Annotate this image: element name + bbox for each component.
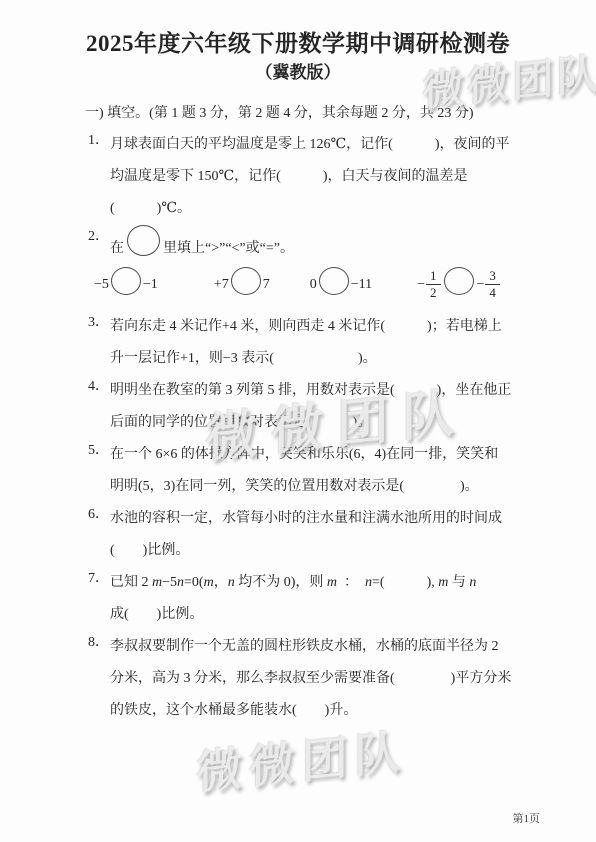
questions-list: 1．月球表面白天的平均温度是零上 126℃，记作( )，夜间的平均温度是零下 1… bbox=[0, 129, 596, 727]
text-run: −5 bbox=[162, 575, 177, 590]
text-run: 若向东走 4 米记作+4 米，则向西走 4 米记作( )；若电梯上 bbox=[110, 319, 502, 334]
question-line: 升一层记作+1，则−3 表示( )。 bbox=[110, 343, 540, 375]
text-run: m bbox=[438, 575, 448, 590]
question-number: 6． bbox=[88, 503, 110, 567]
question-line: 月球表面白天的平均温度是零上 126℃，记作( )，夜间的平 bbox=[110, 129, 540, 161]
comparison-circle bbox=[127, 225, 160, 256]
text-run: 升一层记作+1，则−3 表示( )。 bbox=[110, 351, 377, 366]
question-number: 3． bbox=[88, 311, 110, 375]
text-run: 李叔叔要制作一个无盖的圆柱形铁皮水桶，水桶的底面半径为 2 bbox=[110, 639, 499, 654]
question-3: 3．若向东走 4 米记作+4 米，则向西走 4 米记作( )；若电梯上升一层记作… bbox=[0, 311, 596, 375]
text-run: m bbox=[152, 575, 162, 590]
question-line: 在一个 6×6 的体操方阵中，笑笑和乐乐(6，4)在同一排，笑笑和 bbox=[110, 439, 540, 471]
fraction-stack: 12 bbox=[426, 269, 441, 301]
fraction-denominator: 2 bbox=[426, 285, 441, 300]
text-run: ， bbox=[214, 575, 228, 590]
text-run: +7 bbox=[214, 277, 229, 292]
question-1: 1．月球表面白天的平均温度是零上 126℃，记作( )，夜间的平均温度是零下 1… bbox=[0, 129, 596, 225]
question-line: 明明坐在教室的第 3 列第 5 排，用数对表示是( )，坐在他正 bbox=[110, 375, 540, 407]
question-number: 8． bbox=[88, 631, 110, 727]
question-number: 7． bbox=[88, 567, 110, 631]
page-number: 第1页 bbox=[513, 810, 541, 826]
fraction-denominator: 4 bbox=[485, 285, 500, 300]
text-run: 明明(5，3)在同一列，笑笑的位置用数对表示是( )。 bbox=[110, 479, 479, 494]
fraction-sign: − bbox=[417, 265, 425, 305]
question-number: 4． bbox=[88, 375, 110, 439]
fraction: −34 bbox=[477, 265, 500, 305]
question-body: 已知 2 m−5n=0(m，n 均不为 0)，则 m ： n=( ), m 与 … bbox=[110, 567, 540, 631]
text-run: m bbox=[327, 575, 337, 590]
text-run: 均温度是零下 150℃，记作( )，白天与夜间的温差是 bbox=[110, 169, 467, 184]
watermark-bottom: 微微团队 bbox=[197, 715, 408, 804]
question-body: 若向东走 4 米记作+4 米，则向西走 4 米记作( )；若电梯上升一层记作+1… bbox=[110, 311, 540, 375]
question-line: 水池的容积一定，水管每小时的注水量和注满水池所用的时间成 bbox=[110, 503, 540, 535]
text-run: n bbox=[469, 575, 476, 590]
question-5: 5．在一个 6×6 的体操方阵中，笑笑和乐乐(6，4)在同一排，笑笑和明明(5，… bbox=[0, 439, 596, 503]
text-run: 0 bbox=[310, 277, 317, 292]
question-line: 若向东走 4 米记作+4 米，则向西走 4 米记作( )；若电梯上 bbox=[110, 311, 540, 343]
text-run: 与 bbox=[448, 575, 469, 590]
question-line: 成( )比例。 bbox=[110, 599, 540, 631]
question-line: 在里填上“>”“<”或“=”。 bbox=[110, 225, 540, 265]
question-body: 在里填上“>”“<”或“=”。−5−1+770−11−12−34 bbox=[110, 225, 540, 311]
question-line: ( )℃。 bbox=[110, 193, 540, 225]
comparison-circle bbox=[319, 267, 349, 295]
comparison-circle bbox=[111, 267, 141, 295]
text-run: 在一个 6×6 的体操方阵中，笑笑和乐乐(6，4)在同一排，笑笑和 bbox=[110, 447, 498, 462]
text-run: 明明坐在教室的第 3 列第 5 排，用数对表示是( )，坐在他正 bbox=[110, 383, 511, 398]
text-run: −11 bbox=[351, 277, 372, 292]
question-body: 月球表面白天的平均温度是零上 126℃，记作( )，夜间的平均温度是零下 150… bbox=[110, 129, 540, 225]
text-run: =0( bbox=[184, 575, 204, 590]
question-body: 明明坐在教室的第 3 列第 5 排，用数对表示是( )，坐在他正后面的同学的位置… bbox=[110, 375, 540, 439]
question-line: 已知 2 m−5n=0(m，n 均不为 0)，则 m ： n=( ), m 与 … bbox=[110, 567, 540, 599]
fraction-stack: 34 bbox=[485, 269, 500, 301]
text-run: 月球表面白天的平均温度是零上 126℃，记作( )，夜间的平 bbox=[110, 137, 509, 152]
text-run: n bbox=[365, 575, 372, 590]
question-body: 在一个 6×6 的体操方阵中，笑笑和乐乐(6，4)在同一排，笑笑和明明(5，3)… bbox=[110, 439, 540, 503]
text-run: 的铁皮，这个水桶最多能装水( )升。 bbox=[110, 703, 357, 718]
question-line: 后面的同学的位置用数对表示是( )。 bbox=[110, 407, 540, 439]
comparison-circle bbox=[444, 267, 474, 295]
page-title: 2025年度六年级下册数学期中调研检测卷 bbox=[10, 30, 586, 58]
text-run: 均不为 0)，则 bbox=[235, 575, 327, 590]
comparison-circle bbox=[231, 267, 261, 295]
fraction-sign: − bbox=[477, 265, 485, 305]
text-run: m bbox=[204, 575, 214, 590]
question-line: −5−1+770−11−12−34 bbox=[94, 265, 540, 311]
text-run: −5 bbox=[94, 277, 109, 292]
question-line: 李叔叔要制作一个无盖的圆柱形铁皮水桶，水桶的底面半径为 2 bbox=[110, 631, 540, 663]
question-line: 分米，高为 3 分米，那么李叔叔至少需要准备( )平方分米 bbox=[110, 663, 540, 695]
question-line: 均温度是零下 150℃，记作( )，白天与夜间的温差是 bbox=[110, 161, 540, 193]
question-8: 8．李叔叔要制作一个无盖的圆柱形铁皮水桶，水桶的底面半径为 2分米，高为 3 分… bbox=[0, 631, 596, 727]
text-run: 分米，高为 3 分米，那么李叔叔至少需要准备( )平方分米 bbox=[110, 671, 511, 686]
text-run: =( ), bbox=[372, 575, 438, 590]
fraction: −12 bbox=[417, 265, 440, 305]
text-run: 后面的同学的位置用数对表示是( )。 bbox=[110, 415, 371, 430]
text-run: −1 bbox=[143, 277, 158, 292]
text-run: 里填上“>”“<”或“=”。 bbox=[163, 241, 294, 256]
fraction-numerator: 3 bbox=[485, 269, 500, 285]
page-subtitle: （冀教版） bbox=[0, 63, 596, 83]
text-run: ( )比例。 bbox=[110, 543, 189, 558]
text-run: 已知 2 bbox=[110, 575, 152, 590]
question-body: 水池的容积一定，水管每小时的注水量和注满水池所用的时间成( )比例。 bbox=[110, 503, 540, 567]
text-run: ： bbox=[337, 575, 365, 590]
question-2: 2．在里填上“>”“<”或“=”。−5−1+770−11−12−34 bbox=[0, 225, 596, 311]
question-line: 明明(5，3)在同一列，笑笑的位置用数对表示是( )。 bbox=[110, 471, 540, 503]
question-number: 5． bbox=[88, 439, 110, 503]
text-run: 水池的容积一定，水管每小时的注水量和注满水池所用的时间成 bbox=[110, 511, 502, 526]
text-run: 在 bbox=[110, 241, 124, 256]
text-run: n bbox=[177, 575, 184, 590]
text-run: ( )℃。 bbox=[110, 201, 191, 216]
text-run: 成( )比例。 bbox=[110, 607, 203, 622]
section-heading: 一) 填空。(第 1 题 3 分，第 2 题 4 分，其余每题 2 分，共 23… bbox=[85, 105, 556, 123]
question-7: 7．已知 2 m−5n=0(m，n 均不为 0)，则 m ： n=( ), m … bbox=[0, 567, 596, 631]
exam-page: 微微团队 微微团队 微微团队 2025年度六年级下册数学期中调研检测卷 （冀教版… bbox=[0, 0, 596, 842]
question-body: 李叔叔要制作一个无盖的圆柱形铁皮水桶，水桶的底面半径为 2分米，高为 3 分米，… bbox=[110, 631, 540, 727]
text-run: n bbox=[228, 575, 235, 590]
text-run: 7 bbox=[263, 277, 270, 292]
question-number: 1． bbox=[88, 129, 110, 225]
question-line: ( )比例。 bbox=[110, 535, 540, 567]
question-line: 的铁皮，这个水桶最多能装水( )升。 bbox=[110, 695, 540, 727]
question-6: 6．水池的容积一定，水管每小时的注水量和注满水池所用的时间成( )比例。 bbox=[0, 503, 596, 567]
fraction-numerator: 1 bbox=[426, 269, 441, 285]
question-4: 4．明明坐在教室的第 3 列第 5 排，用数对表示是( )，坐在他正后面的同学的… bbox=[0, 375, 596, 439]
